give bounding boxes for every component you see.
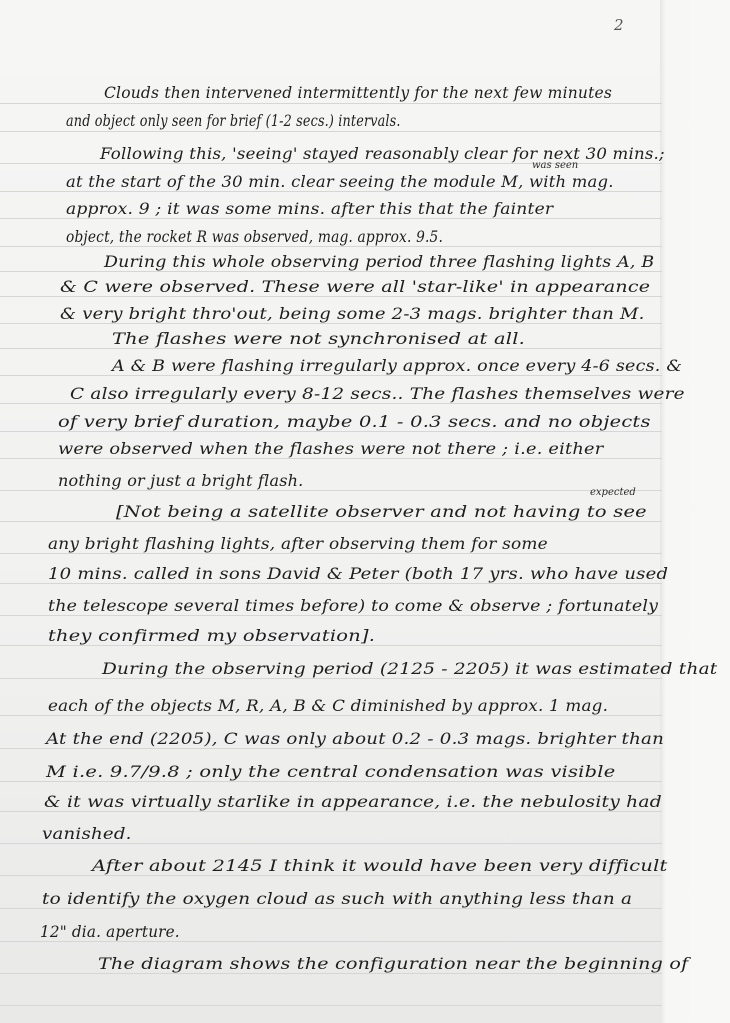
text-line: each of the objects M, R, A, B & C dimin…	[48, 697, 608, 715]
text-line: C also irregularly every 8-12 secs.. The…	[70, 385, 685, 403]
ruled-line	[0, 490, 662, 491]
text-line: & it was virtually starlike in appearanc…	[44, 793, 662, 811]
ruled-line	[0, 1005, 662, 1006]
ruled-line	[0, 131, 662, 132]
ruled-line	[0, 431, 662, 432]
ruled-line	[0, 246, 662, 247]
ruled-line	[0, 678, 662, 679]
ruled-line	[0, 103, 662, 104]
text-line: During the observing period (2125 - 2205…	[102, 660, 717, 678]
text-line: [Not being a satellite observer and not …	[116, 503, 647, 521]
ruled-line	[0, 271, 662, 272]
text-line: Clouds then intervened intermittently fo…	[104, 84, 624, 102]
text-line: were observed when the flashes were not …	[58, 440, 603, 458]
text-line: vanished.	[42, 825, 132, 843]
text-line: Following this, 'seeing' stayed reasonab…	[100, 145, 665, 163]
ruled-line	[0, 191, 662, 192]
ruled-line	[0, 458, 662, 459]
ruled-line	[0, 781, 662, 782]
ruled-line	[0, 403, 662, 404]
ruled-line	[0, 973, 662, 974]
text-line: any bright flashing lights, after observ…	[48, 535, 548, 553]
text-line: & very bright thro'out, being some 2-3 m…	[60, 305, 645, 323]
text-line: at the start of the 30 min. clear seeing…	[66, 173, 614, 191]
ruled-line	[0, 583, 662, 584]
ruled-line	[0, 715, 662, 716]
text-line: object, the rocket R was observed, mag. …	[66, 228, 443, 246]
ruled-line	[0, 323, 662, 324]
text-line: The flashes were not synchronised at all…	[112, 330, 525, 348]
ruled-line	[0, 553, 662, 554]
page-number: 2	[614, 16, 624, 34]
ruled-line	[0, 843, 662, 844]
text-line: After about 2145 I think it would have b…	[92, 857, 668, 875]
ruled-line	[0, 296, 662, 297]
text-insertion: was seen	[532, 160, 578, 171]
text-line: M i.e. 9.7/9.8 ; only the central conden…	[46, 763, 615, 781]
text-line: The diagram shows the configuration near…	[98, 955, 688, 973]
text-line: During this whole observing period three…	[104, 253, 654, 271]
ruled-line	[0, 875, 662, 876]
text-line: nothing or just a bright flash.	[58, 472, 303, 490]
ruled-line	[0, 521, 662, 522]
ruled-line	[0, 218, 662, 219]
ruled-line	[0, 348, 662, 349]
text-line: they confirmed my observation].	[48, 627, 375, 645]
ruled-line	[0, 645, 662, 646]
text-line: A & B were flashing irregularly approx. …	[112, 357, 682, 375]
text-line: and object only seen for brief (1-2 secs…	[66, 112, 401, 130]
text-line: of very brief duration, maybe 0.1 - 0.3 …	[58, 413, 651, 431]
ruled-line	[0, 811, 662, 812]
ruled-line	[0, 375, 662, 376]
text-line: the telescope several times before) to c…	[48, 597, 658, 615]
text-line: & C were observed. These were all 'star-…	[60, 278, 650, 296]
page-edge	[660, 0, 730, 1023]
text-line: to identify the oxygen cloud as such wit…	[42, 890, 632, 908]
text-line: 12" dia. aperture.	[40, 923, 180, 941]
text-insertion: expected	[590, 487, 636, 498]
text-line: At the end (2205), C was only about 0.2 …	[46, 730, 664, 748]
ruled-line	[0, 748, 662, 749]
ruled-line	[0, 941, 662, 942]
text-line: 10 mins. called in sons David & Peter (b…	[48, 565, 668, 583]
ruled-line	[0, 615, 662, 616]
text-line: approx. 9 ; it was some mins. after this…	[66, 200, 553, 218]
ruled-line	[0, 908, 662, 909]
